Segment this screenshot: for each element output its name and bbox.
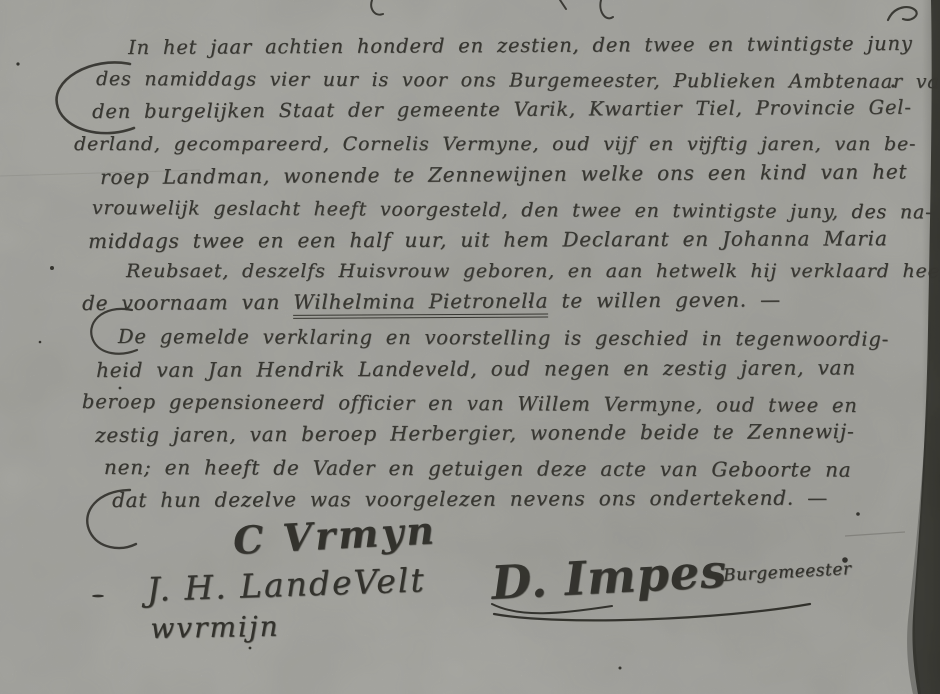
signature-witness1: J. H. LandeVelt bbox=[146, 560, 426, 609]
document-line: middags twee en een half uur, uit hem De… bbox=[88, 226, 888, 253]
document-line: Reubsaet, deszelfs Huisvrouw geboren, en… bbox=[126, 260, 940, 282]
name-line-pre: de voornaam van bbox=[82, 290, 293, 315]
scanned-birth-record-page: In het jaar achtien honderd en zestien, … bbox=[0, 0, 940, 694]
child-name: Wilhelmina Pietronella bbox=[293, 289, 548, 319]
document-line: roep Landman, wonende te Zennewijnen wel… bbox=[100, 159, 907, 189]
document-text-layer: In het jaar achtien honderd en zestien, … bbox=[0, 0, 940, 694]
signature-father: C Vrmyn bbox=[232, 507, 438, 563]
document-line: des namiddags vier uur is voor ons Burge… bbox=[96, 68, 940, 93]
name-line-post: te willen geven. — bbox=[548, 287, 781, 312]
document-line: De gemelde verklaring en voorstelling is… bbox=[118, 325, 889, 351]
document-line: beroep gepensioneerd officier en van Wil… bbox=[82, 390, 858, 417]
signature-official: D. ImpesBurgemeester bbox=[490, 537, 853, 610]
signature-official-name: D. Impes bbox=[490, 544, 728, 610]
document-line: den burgelijken Staat der gemeente Varik… bbox=[92, 96, 912, 123]
document-line: vrouwelijk geslacht heeft voorgesteld, d… bbox=[92, 197, 933, 223]
document-line-child-name: de voornaam van Wilhelmina Pietronella t… bbox=[82, 287, 781, 315]
signature-witness2: wvrmijn bbox=[150, 610, 280, 645]
document-line: nen; en heeft de Vader en getuigen deze … bbox=[104, 455, 852, 482]
document-line: heid van Jan Hendrik Landeveld, oud nege… bbox=[96, 355, 856, 382]
document-line: In het jaar achtien honderd en zestien, … bbox=[128, 32, 913, 59]
document-line: derland, gecompareerd, Cornelis Vermyne,… bbox=[74, 133, 916, 155]
document-line: dat hun dezelve was voorgelezen nevens o… bbox=[112, 486, 828, 512]
signature-official-title: Burgemeester bbox=[723, 559, 852, 586]
document-line: zestig jaren, van beroep Herbergier, won… bbox=[95, 419, 855, 447]
